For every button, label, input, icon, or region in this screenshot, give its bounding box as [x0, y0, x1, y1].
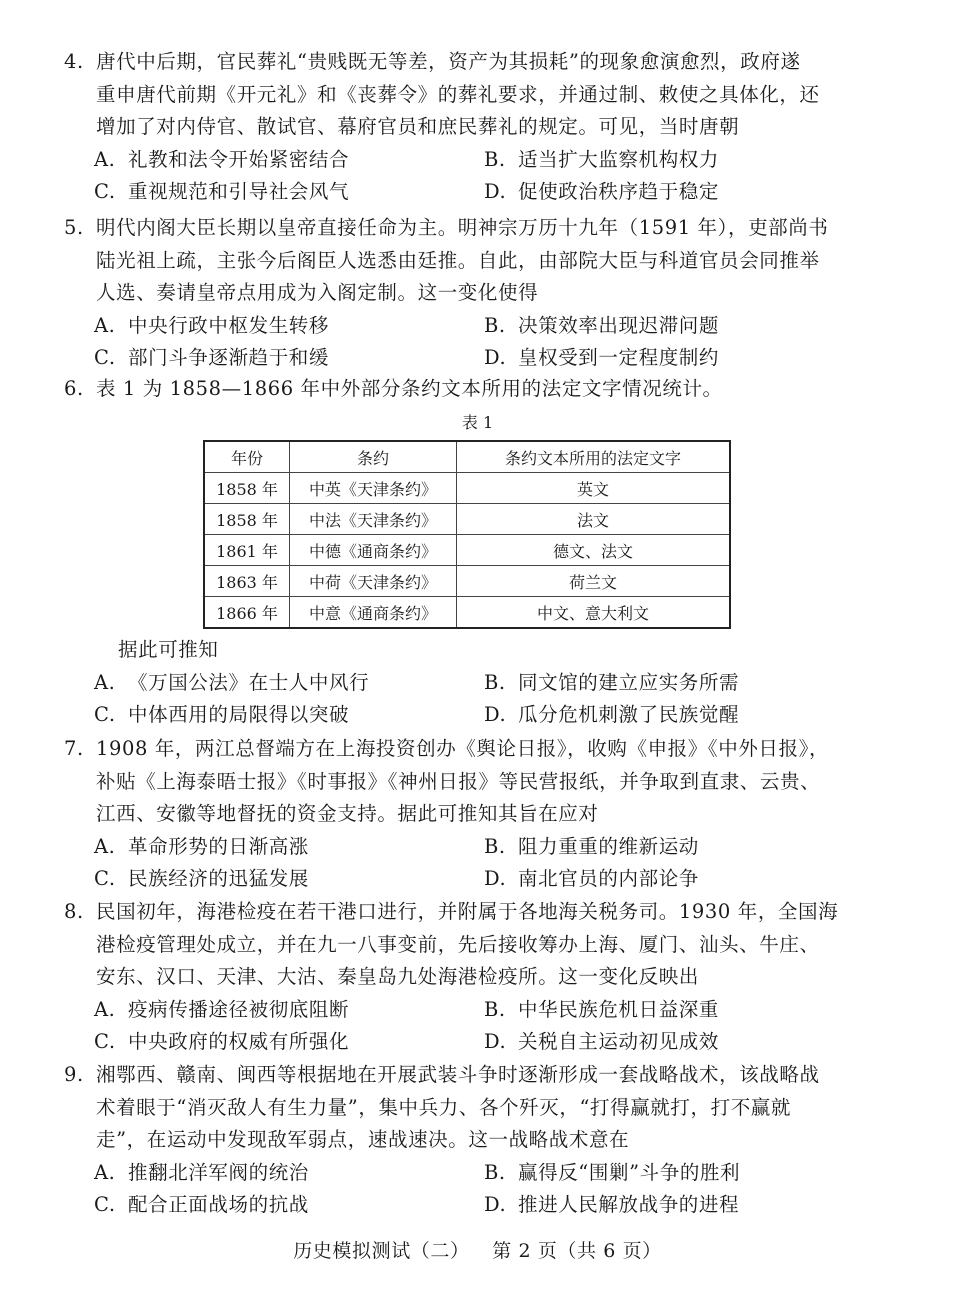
stem-line: 人选、奏请皇帝点用成为入阁定制。这一变化使得 [64, 277, 854, 310]
option-text: 同文馆的建立应实务所需 [518, 671, 739, 694]
question-number: 6. [64, 373, 96, 406]
option-label: C. [94, 1026, 128, 1059]
option-b: B.适当扩大监察机构权力 [484, 144, 719, 177]
option-text: 皇权受到一定程度制约 [518, 346, 719, 369]
question-stem: 8.民国初年，海港检疫在若干港口进行，并附属于各地海关税务司。1930 年，全国… [64, 896, 854, 994]
option-label: C. [94, 342, 128, 375]
cell-language: 法文 [457, 504, 731, 535]
question-number: 5. [64, 212, 96, 245]
question-stem: 5.明代内阁大臣长期以皇帝直接任命为主。明神宗万历十九年（1591 年），吏部尚… [64, 212, 854, 310]
option-label: B. [484, 1157, 518, 1190]
cell-year: 1861 年 [204, 535, 290, 566]
cell-treaty: 中英《天津条约》 [290, 473, 457, 504]
option-label: A. [94, 831, 128, 864]
cell-year: 1858 年 [204, 473, 290, 504]
stem-line: 补贴《上海泰晤士报》《时事报》《神州日报》等民营报纸，并争取到直隶、云贵、 [64, 766, 854, 799]
stem-line: 港检疫管理处成立，并在九一八事变前，先后接收筹办上海、厦门、汕头、牛庄、 [64, 929, 854, 962]
header-treaty: 条约 [290, 441, 457, 473]
option-b: B.同文馆的建立应实务所需 [484, 667, 739, 700]
option-text: 赢得反“围剿”斗争的胜利 [518, 1161, 740, 1184]
option-text: 推进人民解放战争的进程 [518, 1193, 739, 1216]
option-d: D.推进人民解放战争的进程 [484, 1189, 739, 1222]
option-text: 革命形势的日渐高涨 [128, 835, 309, 858]
option-text: 疫病传播途径被彻底阻断 [128, 998, 349, 1021]
option-label: A. [94, 1157, 128, 1190]
stem-line: 1908 年，两江总督端方在上海投资创办《舆论日报》，收购《申报》《中外日报》， [96, 737, 829, 760]
option-a: A.推翻北洋军阀的统治 [94, 1157, 309, 1190]
options: A.礼教和法令开始紧密结合 B.适当扩大监察机构权力 C.重视规范和引导社会风气… [64, 144, 854, 209]
table-header-row: 年份 条约 条约文本所用的法定文字 [204, 441, 730, 473]
cell-treaty: 中法《天津条约》 [290, 504, 457, 535]
table-row: 1858 年 中法《天津条约》 法文 [204, 504, 730, 535]
option-text: 配合正面战场的抗战 [128, 1193, 309, 1216]
page-number: 第 2 页（共 6 页） [492, 1240, 662, 1262]
option-label: D. [484, 863, 518, 896]
question-7: 7.1908 年，两江总督端方在上海投资创办《舆论日报》，收购《申报》《中外日报… [64, 733, 854, 896]
question-stem: 6.表 1 为 1858—1866 年中外部分条约文本所用的法定文字情况统计。 [64, 373, 854, 406]
option-a: A.疫病传播途径被彻底阻断 [94, 994, 349, 1027]
question-stem: 9.湘鄂西、赣南、闽西等根据地在开展武装斗争时逐渐形成一套战略战术，该战略战 术… [64, 1059, 854, 1157]
option-a: A.革命形势的日渐高涨 [94, 831, 309, 864]
option-text: 瓜分危机刺激了民族觉醒 [518, 703, 739, 726]
option-c: C.中体西用的局限得以突破 [94, 699, 349, 732]
option-label: C. [94, 863, 128, 896]
option-label: C. [94, 176, 128, 209]
option-text: 阻力重重的维新运动 [518, 835, 699, 858]
option-a: A.礼教和法令开始紧密结合 [94, 144, 349, 177]
cell-year: 1863 年 [204, 566, 290, 597]
cell-language: 英文 [457, 473, 731, 504]
option-label: D. [484, 1189, 518, 1222]
question-number: 4. [64, 46, 96, 79]
stem-line: 陆光祖上疏，主张今后阁臣人选悉由廷推。自此，由部院大臣与科道官员会同推举 [64, 245, 854, 278]
option-label: D. [484, 342, 518, 375]
stem-line: 安东、汉口、天津、大沽、秦皇岛九处海港检疫所。这一变化反映出 [64, 961, 854, 994]
option-label: B. [484, 310, 518, 343]
stem-line: 湘鄂西、赣南、闽西等根据地在开展武装斗争时逐渐形成一套战略战术，该战略战 [96, 1063, 820, 1086]
cell-treaty: 中意《通商条约》 [290, 597, 457, 629]
option-d: D.南北官员的内部论争 [484, 863, 699, 896]
cell-treaty: 中德《通商条约》 [290, 535, 457, 566]
options: A.疫病传播途径被彻底阻断 B.中华民族危机日益深重 C.中央政府的权威有所强化… [64, 994, 854, 1059]
option-text: 中央行政中枢发生转移 [128, 314, 329, 337]
option-label: D. [484, 1026, 518, 1059]
table-caption: 表 1 [0, 410, 955, 433]
option-b: B.中华民族危机日益深重 [484, 994, 719, 1027]
exam-page: 4.唐代中后期，官民葬礼“贵贱既无等差，资产为其损耗”的现象愈演愈烈，政府遂 重… [0, 0, 955, 1296]
stem-line: 江西、安徽等地督抚的资金支持。据此可推知其旨在应对 [64, 798, 854, 831]
option-text: 推翻北洋军阀的统治 [128, 1161, 309, 1184]
option-b: B.阻力重重的维新运动 [484, 831, 699, 864]
stem-line: 重申唐代前期《开元礼》和《丧葬令》的葬礼要求，并通过制、敕使之具体化，还 [64, 79, 854, 112]
question-9: 9.湘鄂西、赣南、闽西等根据地在开展武装斗争时逐渐形成一套战略战术，该战略战 术… [64, 1059, 854, 1222]
table-row: 1866 年 中意《通商条约》 中文、意大利文 [204, 597, 730, 629]
option-b: B.决策效率出现迟滞问题 [484, 310, 719, 343]
question-number: 8. [64, 896, 96, 929]
option-c: C.中央政府的权威有所强化 [94, 1026, 349, 1059]
option-text: 促使政治秩序趋于稳定 [518, 180, 719, 203]
cell-treaty: 中荷《天津条约》 [290, 566, 457, 597]
stem-line: 明代内阁大臣长期以皇帝直接任命为主。明神宗万历十九年（1591 年），吏部尚书 [96, 216, 828, 239]
cell-language: 德文、法文 [457, 535, 731, 566]
table-row: 1858 年 中英《天津条约》 英文 [204, 473, 730, 504]
option-label: C. [94, 1189, 128, 1222]
option-c: C.配合正面战场的抗战 [94, 1189, 309, 1222]
option-b: B.赢得反“围剿”斗争的胜利 [484, 1157, 740, 1190]
option-label: B. [484, 667, 518, 700]
option-d: D.关税自主运动初见成效 [484, 1026, 719, 1059]
option-c: C.民族经济的迅猛发展 [94, 863, 309, 896]
option-text: 适当扩大监察机构权力 [518, 148, 719, 171]
question-6-continuation: 据此可推知 A.《万国公法》在士人中风行 B.同文馆的建立应实务所需 C.中体西… [64, 634, 854, 732]
cell-language: 中文、意大利文 [457, 597, 731, 629]
option-label: D. [484, 176, 518, 209]
option-text: 关税自主运动初见成效 [518, 1030, 719, 1053]
question-number: 9. [64, 1059, 96, 1092]
option-text: 部门斗争逐渐趋于和缓 [128, 346, 329, 369]
option-label: A. [94, 667, 128, 700]
question-stem: 据此可推知 [64, 634, 854, 667]
option-text: 中央政府的权威有所强化 [128, 1030, 349, 1053]
option-text: 民族经济的迅猛发展 [128, 867, 309, 890]
stem-line: 走”，在运动中发现敌军弱点，速战速决。这一战略战术意在 [64, 1124, 854, 1157]
question-stem: 7.1908 年，两江总督端方在上海投资创办《舆论日报》，收购《申报》《中外日报… [64, 733, 854, 831]
question-5: 5.明代内阁大臣长期以皇帝直接任命为主。明神宗万历十九年（1591 年），吏部尚… [64, 212, 854, 375]
options: A.中央行政中枢发生转移 B.决策效率出现迟滞问题 C.部门斗争逐渐趋于和缓 D… [64, 310, 854, 375]
option-text: 《万国公法》在士人中风行 [128, 671, 369, 694]
stem-line: 增加了对内侍官、散试官、幕府官员和庶民葬礼的规定。可见，当时唐朝 [64, 111, 854, 144]
stem-line: 据此可推知 [64, 634, 854, 667]
option-label: C. [94, 699, 128, 732]
options: A.《万国公法》在士人中风行 B.同文馆的建立应实务所需 C.中体西用的局限得以… [64, 667, 854, 732]
page-footer: 历史模拟测试（二） 第 2 页（共 6 页） [0, 1236, 955, 1263]
option-text: 南北官员的内部论争 [518, 867, 699, 890]
stem-line: 表 1 为 1858—1866 年中外部分条约文本所用的法定文字情况统计。 [96, 377, 723, 400]
option-c: C.重视规范和引导社会风气 [94, 176, 349, 209]
option-label: B. [484, 831, 518, 864]
cell-year: 1858 年 [204, 504, 290, 535]
stem-line: 民国初年，海港检疫在若干港口进行，并附属于各地海关税务司。1930 年，全国海 [96, 900, 838, 923]
table-row: 1863 年 中荷《天津条约》 荷兰文 [204, 566, 730, 597]
option-d: D.瓜分危机刺激了民族觉醒 [484, 699, 739, 732]
options: A.革命形势的日渐高涨 B.阻力重重的维新运动 C.民族经济的迅猛发展 D.南北… [64, 831, 854, 896]
stem-line: 术着眼于“消灭敌人有生力量”，集中兵力、各个歼灭，“打得赢就打，打不赢就 [64, 1092, 854, 1125]
question-4: 4.唐代中后期，官民葬礼“贵贱既无等差，资产为其损耗”的现象愈演愈烈，政府遂 重… [64, 46, 854, 209]
option-a: A.《万国公法》在士人中风行 [94, 667, 369, 700]
treaty-language-table: 年份 条约 条约文本所用的法定文字 1858 年 中英《天津条约》 英文 185… [203, 440, 731, 629]
options: A.推翻北洋军阀的统治 B.赢得反“围剿”斗争的胜利 C.配合正面战场的抗战 D… [64, 1157, 854, 1222]
stem-line: 唐代中后期，官民葬礼“贵贱既无等差，资产为其损耗”的现象愈演愈烈，政府遂 [96, 50, 801, 73]
option-label: B. [484, 144, 518, 177]
option-text: 中体西用的局限得以突破 [128, 703, 349, 726]
option-label: D. [484, 699, 518, 732]
option-c: C.部门斗争逐渐趋于和缓 [94, 342, 329, 375]
question-6: 6.表 1 为 1858—1866 年中外部分条约文本所用的法定文字情况统计。 [64, 373, 854, 406]
option-label: A. [94, 144, 128, 177]
option-d: D.促使政治秩序趋于稳定 [484, 176, 719, 209]
question-stem: 4.唐代中后期，官民葬礼“贵贱既无等差，资产为其损耗”的现象愈演愈烈，政府遂 重… [64, 46, 854, 144]
option-a: A.中央行政中枢发生转移 [94, 310, 329, 343]
option-text: 重视规范和引导社会风气 [128, 180, 349, 203]
option-label: B. [484, 994, 518, 1027]
option-text: 中华民族危机日益深重 [518, 998, 719, 1021]
header-language: 条约文本所用的法定文字 [457, 441, 731, 473]
option-d: D.皇权受到一定程度制约 [484, 342, 719, 375]
header-year: 年份 [204, 441, 290, 473]
table-row: 1861 年 中德《通商条约》 德文、法文 [204, 535, 730, 566]
exam-title: 历史模拟测试（二） [293, 1240, 469, 1262]
cell-language: 荷兰文 [457, 566, 731, 597]
option-label: A. [94, 994, 128, 1027]
cell-year: 1866 年 [204, 597, 290, 629]
question-8: 8.民国初年，海港检疫在若干港口进行，并附属于各地海关税务司。1930 年，全国… [64, 896, 854, 1059]
option-text: 礼教和法令开始紧密结合 [128, 148, 349, 171]
question-number: 7. [64, 733, 96, 766]
option-label: A. [94, 310, 128, 343]
option-text: 决策效率出现迟滞问题 [518, 314, 719, 337]
